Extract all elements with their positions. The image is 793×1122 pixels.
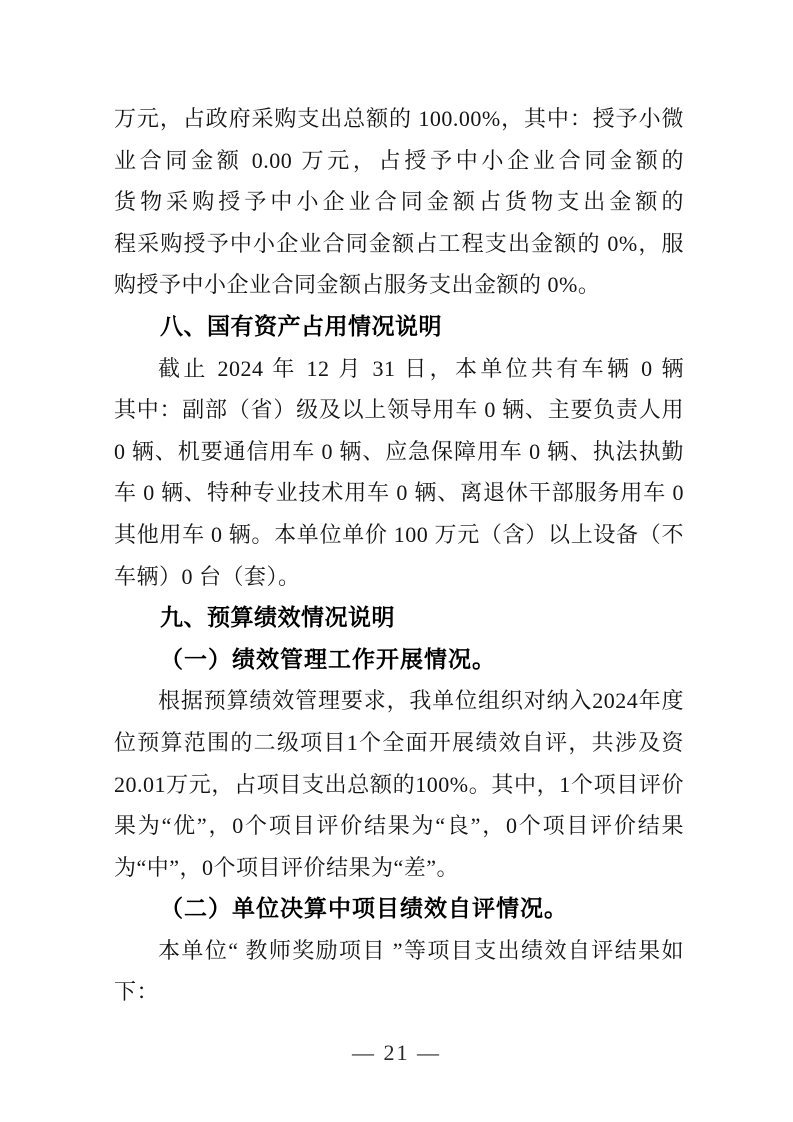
subsection-2-heading: （二）单位决算中项目绩效自评情况。	[114, 888, 684, 930]
body-line: 20.01万元，占项目支出总额的100%。其中，1个项目评价结	[114, 764, 684, 806]
body-line: 位预算范围的二级项目1个全面开展绩效自评，共涉及资金	[114, 722, 684, 764]
document-body: 万元，占政府采购支出总额的 100.00%，其中：授予小微企 业合同金额 0.0…	[114, 98, 684, 1013]
body-line: 货物采购授予中小企业合同金额占货物支出金额的 100%，工	[114, 181, 684, 223]
document-page: 万元，占政府采购支出总额的 100.00%，其中：授予小微企 业合同金额 0.0…	[0, 0, 793, 1122]
body-line: 业合同金额 0.00 万元，占授予中小企业合同金额的 0.00%。	[114, 140, 684, 182]
body-line: 截止 2024 年 12 月 31 日，本单位共有车辆 0 辆（台），	[114, 348, 684, 390]
body-line: 为“中”，0个项目评价结果为“差”。	[114, 847, 684, 889]
body-line: 其中：副部（省）级及以上领导用车 0 辆、主要负责人用车	[114, 389, 684, 431]
body-line: 购授予中小企业合同金额占服务支出金额的 0%。	[114, 264, 684, 306]
body-line: 程采购授予中小企业合同金额占工程支出金额的 0%，服务采	[114, 223, 684, 265]
page-number: — 21 —	[0, 1040, 793, 1066]
section-9-heading: 九、预算绩效情况说明	[114, 597, 684, 639]
body-line: 本单位“ 教师奖励项目 ”等项目支出绩效自评结果如	[114, 930, 684, 972]
body-line: 其他用车 0 辆。本单位单价 100 万元（含）以上设备（不含	[114, 514, 684, 556]
body-line: 0 辆、机要通信用车 0 辆、应急保障用车 0 辆、执法执勤用	[114, 431, 684, 473]
body-line: 万元，占政府采购支出总额的 100.00%，其中：授予小微企	[114, 98, 684, 140]
body-line: 车辆）0 台（套）。	[114, 556, 684, 598]
subsection-1-heading: （一）绩效管理工作开展情况。	[114, 639, 684, 681]
body-line: 果为“优”，0个项目评价结果为“良”，0个项目评价结果	[114, 805, 684, 847]
body-line: 根据预算绩效管理要求，我单位组织对纳入2024年度单	[114, 680, 684, 722]
body-line: 下：	[114, 971, 684, 1013]
section-8-heading: 八、国有资产占用情况说明	[114, 306, 684, 348]
body-line: 车 0 辆、特种专业技术用车 0 辆、离退休干部服务用车 0 辆、	[114, 472, 684, 514]
